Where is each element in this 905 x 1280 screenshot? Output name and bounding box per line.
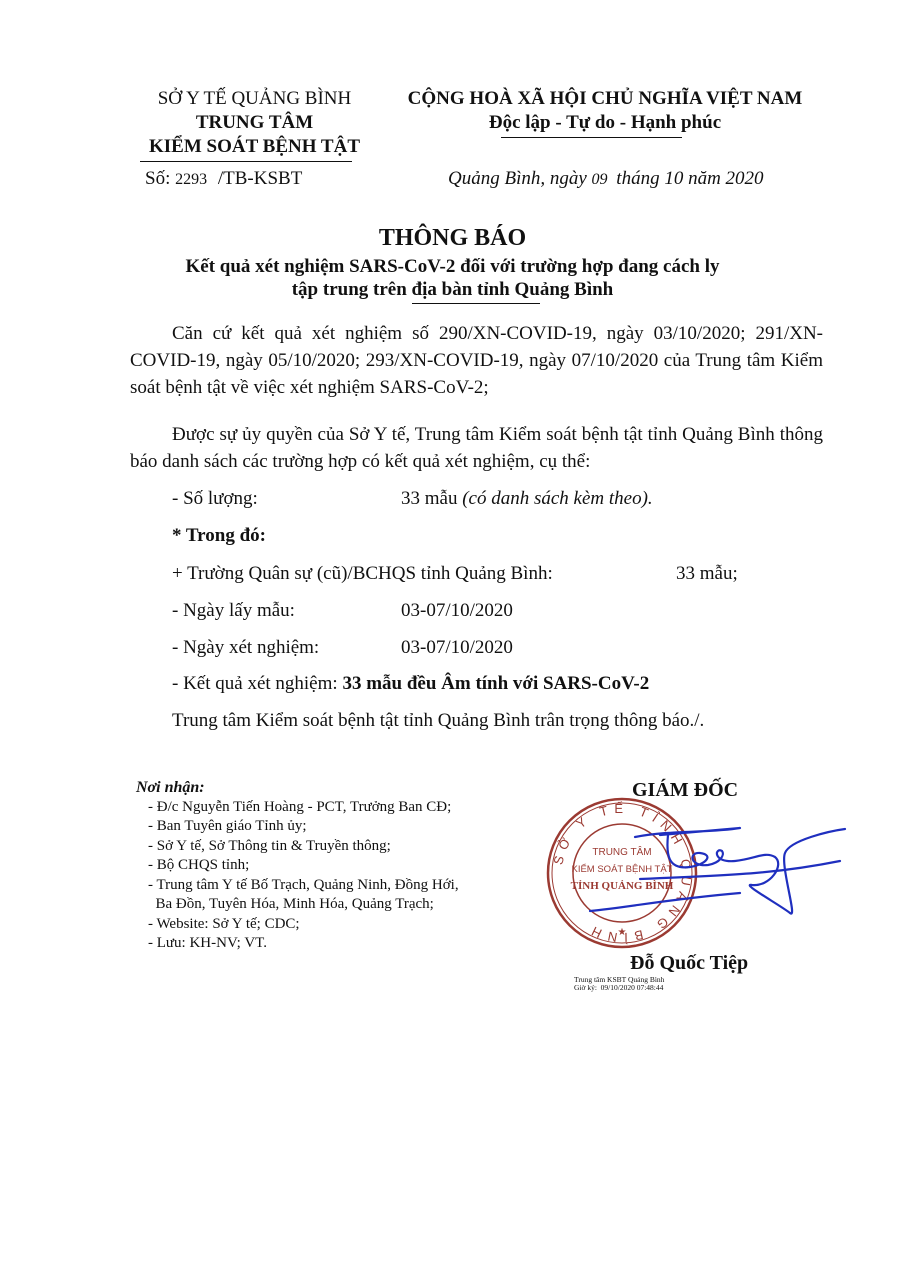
recipient-item: - Trung tâm Y tế Bố Trạch, Quảng Ninh, Đ…: [148, 876, 459, 896]
stamp-line-1: TRUNG TÂM: [592, 845, 651, 858]
recipient-item: - Đ/c Nguyễn Tiến Hoàng - PCT, Trưởng Ba…: [148, 798, 459, 818]
day-value: 09: [592, 171, 608, 188]
quantity-note: (có danh sách kèm theo).: [462, 488, 652, 509]
breakdown-item-label: + Trường Quân sự (cũ)/BCHQS tỉnh Quảng B…: [172, 563, 553, 585]
recipient-item: - Sở Y tế, Sở Thông tin & Truyền thông;: [148, 837, 459, 857]
result-label: - Kết quả xét nghiệm:: [172, 673, 338, 694]
org-underline: [140, 161, 352, 162]
doc-subtitle-1: Kết quả xét nghiệm SARS-CoV-2 đối với tr…: [0, 256, 905, 278]
test-date-label: - Ngày xét nghiệm:: [172, 637, 319, 659]
doc-subtitle-2: tập trung trên địa bàn tỉnh Quảng Bình: [0, 279, 905, 301]
sample-date-label: - Ngày lấy mẫu:: [172, 600, 295, 622]
recipients-block: Nơi nhận: - Đ/c Nguyễn Tiến Hoàng - PCT,…: [140, 778, 459, 954]
quantity-label: - Số lượng:: [172, 488, 258, 510]
recipient-item: - Website: Sở Y tế; CDC;: [148, 915, 459, 935]
place-date: Quảng Bình, ngày 09 tháng 10 năm 2020: [448, 168, 764, 190]
recipient-item: - Ban Tuyên giáo Tỉnh ủy;: [148, 817, 459, 837]
digital-signature-meta: Trung tâm KSBT Quảng Bình Giờ ký: 09/10/…: [574, 976, 664, 992]
result-value: 33 mẫu đều Âm tính với SARS-CoV-2: [342, 673, 649, 694]
org-name-2: KIỂM SOÁT BỆNH TẬT: [132, 135, 377, 159]
quantity-value: 33 mẫu (có danh sách kèm theo).: [401, 488, 653, 510]
doc-code: /TB-KSBT: [218, 168, 302, 189]
svg-text:★: ★: [618, 927, 627, 938]
motto-underline: [501, 137, 682, 138]
paragraph-basis: Căn cứ kết quả xét nghiệm số 290/XN-COVI…: [130, 320, 823, 401]
national-header: CỘNG HOÀ XÃ HỘI CHỦ NGHĨA VIỆT NAM Độc l…: [370, 87, 840, 135]
recipient-item: - Lưu: KH-NV; VT.: [148, 934, 459, 954]
sample-date-value: 03-07/10/2020: [401, 600, 513, 622]
stamp-line-3: TỈNH QUẢNG BÌNH: [571, 880, 674, 892]
doc-number-value: 2293: [175, 171, 207, 188]
org-name-1: TRUNG TÂM: [132, 111, 377, 135]
recipient-item: Ba Đồn, Tuyên Hóa, Minh Hóa, Quảng Trạch…: [148, 895, 459, 915]
paragraph-authorization: Được sự ủy quyền của Sở Y tế, Trung tâm …: [130, 421, 823, 475]
motto: Độc lập - Tự do - Hạnh phúc: [370, 111, 840, 135]
result-line: - Kết quả xét nghiệm: 33 mẫu đều Âm tính…: [172, 673, 649, 695]
test-date-value: 03-07/10/2020: [401, 637, 513, 659]
recipients-heading: Nơi nhận:: [136, 778, 459, 798]
doc-number: Số: 2293 /TB-KSBT: [145, 168, 302, 190]
breakdown-label: * Trong đó:: [172, 525, 266, 547]
breakdown-item-value: 33 mẫu;: [676, 563, 738, 585]
issuing-org: SỞ Y TẾ QUẢNG BÌNH TRUNG TÂM KIỂM SOÁT B…: [132, 87, 377, 159]
country-name: CỘNG HOÀ XÃ HỘI CHỦ NGHĨA VIỆT NAM: [370, 87, 840, 111]
official-stamp-icon: SỞ Y TẾ TỈNH QUẢNG BÌNH TRUNG TÂM KIỂM S…: [540, 795, 850, 955]
org-parent: SỞ Y TẾ QUẢNG BÌNH: [132, 87, 377, 111]
digital-signature-time: Giờ ký: 09/10/2020 07:48:44: [574, 984, 664, 992]
title-underline: [412, 303, 540, 304]
signer-name: Đỗ Quốc Tiệp: [630, 952, 748, 975]
closing-line: Trung tâm Kiểm soát bệnh tật tỉnh Quảng …: [172, 710, 704, 732]
recipient-item: - Bộ CHQS tỉnh;: [148, 856, 459, 876]
doc-title: THÔNG BÁO: [0, 225, 905, 252]
stamp-line-2: KIỂM SOÁT BỆNH TẬT: [571, 863, 672, 875]
